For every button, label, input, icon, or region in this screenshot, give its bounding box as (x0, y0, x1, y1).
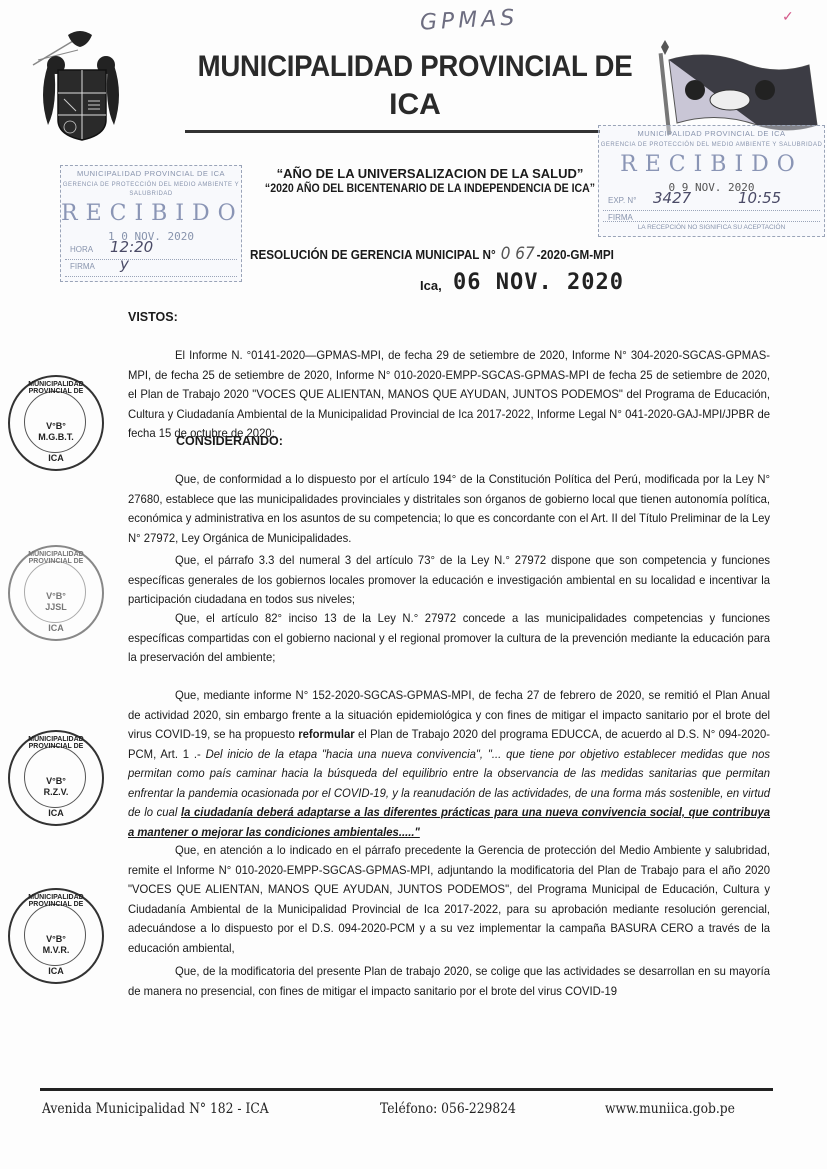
place-label: Ica, (420, 278, 442, 293)
seal-vb: V°B° (10, 934, 102, 944)
seal-outer-text: MUNICIPALIDAD PROVINCIAL DE (10, 894, 102, 908)
stamp-firma-label: FIRMA (70, 262, 95, 271)
seal-city: ICA (10, 453, 102, 463)
approval-seal: MUNICIPALIDAD PROVINCIAL DE V°B° M.G.B.T… (8, 375, 104, 471)
resolution-suffix: -2020-GM-MPI (537, 247, 614, 262)
stamp-disclaimer: LA RECEPCIÓN NO SIGNIFICA SU ACEPTACIÓN (599, 224, 824, 231)
seal-initials: R.Z.V. (10, 787, 102, 797)
stamp-hora-row: HORA 12:20 (65, 245, 237, 260)
stamp-exp-row: EXP. N° 3427 10:55 (603, 196, 820, 211)
paragraph: Que, de conformidad a lo dispuesto por e… (128, 470, 770, 548)
stamp-heading: MUNICIPALIDAD PROVINCIAL DE ICA (61, 166, 241, 178)
date-stamp: 06 NOV. 2020 (453, 270, 624, 295)
stamp-firma-row: FIRMA (603, 213, 820, 222)
stamp-title: RECIBIDO (61, 201, 241, 226)
paragraph-text: El Informe N. °0141-2020—GPMAS-MPI, de f… (128, 348, 770, 440)
seal-city: ICA (10, 623, 102, 633)
stamp-date: 0 9 NOV. 2020 (599, 181, 824, 194)
handwritten-note: GPMAS (419, 5, 518, 35)
paragraph: Que, en atención a lo indicado en el pár… (128, 841, 770, 958)
approval-seal: MUNICIPALIDAD PROVINCIAL DE V°B° JJSL IC… (8, 545, 104, 641)
seal-outer-text: MUNICIPALIDAD PROVINCIAL DE (10, 551, 102, 565)
seal-outer-text: MUNICIPALIDAD PROVINCIAL DE (10, 381, 102, 395)
seal-city: ICA (10, 966, 102, 976)
flag-icon (655, 35, 825, 135)
approval-seal: MUNICIPALIDAD PROVINCIAL DE V°B° M.V.R. … (8, 888, 104, 984)
seal-outer-text: MUNICIPALIDAD PROVINCIAL DE (10, 736, 102, 750)
check-mark-icon: ✓ (782, 8, 794, 25)
institution-title-city: ICA (175, 88, 655, 122)
section-heading-vistos: VISTOS: (128, 310, 178, 324)
paragraph-text: Que, de la modificatoria del presente Pl… (128, 964, 770, 998)
stamp-subheading: GERENCIA DE PROTECCIÓN DEL MEDIO AMBIENT… (599, 138, 824, 150)
seal-initials: M.G.B.T. (10, 432, 102, 442)
seal-city: ICA (10, 808, 102, 818)
resolution-title: RESOLUCIÓN DE GERENCIA MUNICIPAL N° 0 67… (250, 244, 614, 264)
received-stamp-right: MUNICIPALIDAD PROVINCIAL DE ICA GERENCIA… (598, 125, 825, 237)
stamp-hora-value: 12:20 (110, 238, 153, 256)
stamp-exp-value: 3427 (653, 189, 691, 207)
paragraph-text: Que, de conformidad a lo dispuesto por e… (128, 472, 770, 545)
approval-seal: MUNICIPALIDAD PROVINCIAL DE V°B° R.Z.V. … (8, 730, 104, 826)
stamp-firma-label: FIRMA (608, 213, 633, 222)
paragraph-text: Que, el párrafo 3.3 del numeral 3 del ar… (128, 553, 770, 606)
footer-address: Avenida Municipalidad N° 182 - ICA (42, 1101, 269, 1117)
footer-website[interactable]: www.muniica.gob.pe (605, 1101, 735, 1117)
seal-vb: V°B° (10, 776, 102, 786)
stamp-hora-label: HORA (70, 245, 93, 254)
stamp-subheading: GERENCIA DE PROTECCIÓN DEL MEDIO AMBIENT… (61, 178, 241, 199)
stamp-heading: MUNICIPALIDAD PROVINCIAL DE ICA (599, 126, 824, 138)
stamp-hora-value: 10:55 (738, 189, 781, 207)
paragraph-text: Que, el artículo 82° inciso 13 de la Ley… (128, 611, 770, 664)
seal-vb: V°B° (10, 591, 102, 601)
stamp-firma-row: FIRMA y (65, 262, 237, 277)
stamp-firma-value: y (120, 255, 129, 273)
paragraph-text: Que, en atención a lo indicado en el pár… (128, 843, 770, 955)
received-stamp-left: MUNICIPALIDAD PROVINCIAL DE ICA GERENCIA… (60, 165, 242, 282)
institution-title: MUNICIPALIDAD PROVINCIAL DE (194, 50, 636, 84)
seal-initials: M.V.R. (10, 945, 102, 955)
year-motto-2: “2020 AÑO DEL BICENTENARIO DE LA INDEPEN… (263, 181, 597, 195)
stamp-title: RECIBIDO (599, 152, 824, 177)
underlined-quote: la ciudadanía deberá adaptarse a las dif… (128, 805, 770, 839)
emphasis-text: reformular (298, 727, 354, 741)
stamp-exp-label: EXP. N° (608, 196, 636, 205)
paragraph-vistos: El Informe N. °0141-2020—GPMAS-MPI, de f… (128, 346, 770, 444)
footer-phone: Teléfono: 056-229824 (380, 1101, 516, 1117)
header-divider (185, 130, 600, 133)
resolution-prefix: RESOLUCIÓN DE GERENCIA MUNICIPAL N° (250, 247, 496, 262)
paragraph: Que, el artículo 82° inciso 13 de la Ley… (128, 609, 770, 668)
paragraph: Que, mediante informe N° 152-2020-SGCAS-… (128, 686, 770, 842)
seal-vb: V°B° (10, 421, 102, 431)
paragraph: Que, el párrafo 3.3 del numeral 3 del ar… (128, 551, 770, 610)
footer-divider (40, 1088, 773, 1091)
seal-initials: JJSL (10, 602, 102, 612)
section-heading-considerando: CONSIDERANDO: (176, 434, 283, 448)
coat-of-arms-icon (18, 5, 128, 145)
year-motto-1: “AÑO DE LA UNIVERSALIZACION DE LA SALUD” (240, 166, 620, 181)
resolution-number: 0 67 (501, 244, 535, 264)
paragraph: Que, de la modificatoria del presente Pl… (128, 962, 770, 1001)
